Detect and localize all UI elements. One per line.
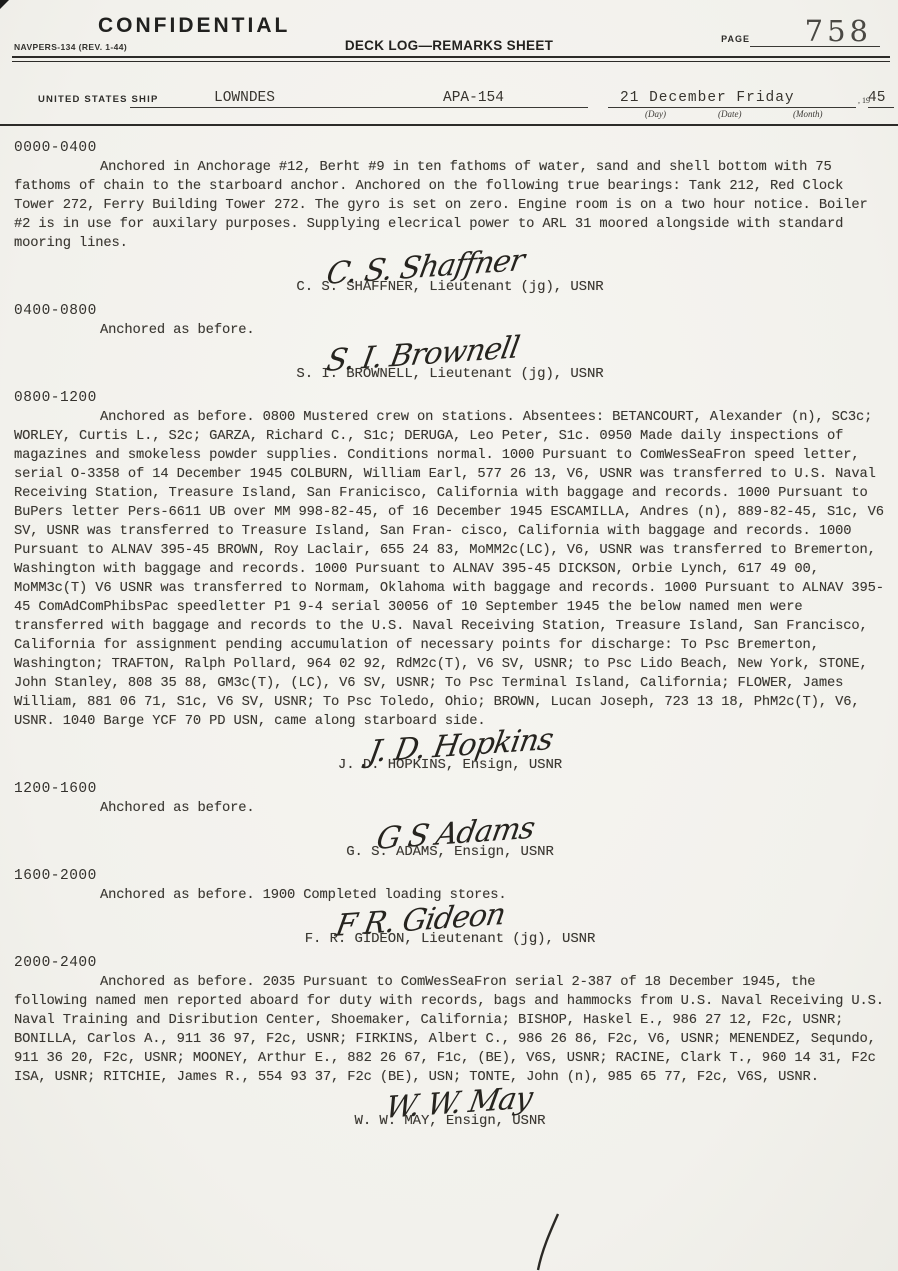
signature-block: J. D. Hopkins J. D. HOPKINS, Ensign, USN… [338,733,562,773]
header-double-rule [12,56,890,62]
time-range-heading: 1600-2000 [14,868,886,884]
day-label: (Day) [645,109,666,119]
date-label: (Date) [718,109,742,119]
pen-stroke [520,1212,580,1271]
hull-number: APA-154 [443,90,504,107]
signature-block: C. S. Shaffner C. S. SHAFFNER, Lieutenan… [296,255,603,295]
classification-stamp: CONFIDENTIAL [98,14,290,38]
signature-block: W. W. May W. W. MAY, Ensign, USNR [355,1089,546,1129]
log-entries: 0000-0400 Anchored in Anchorage #12, Ber… [14,132,886,1133]
header-heavy-rule [0,124,898,126]
entry-text: Anchored as before. 0800 Mustered crew o… [14,408,886,731]
document-title: DECK LOG—REMARKS SHEET [0,38,898,53]
ship-and-date-row: UNITED STATES SHIP LOWNDES APA-154 21 De… [0,86,898,110]
year-value: 45 [868,90,885,107]
log-entry: 2000-2400 Anchored as before. 2035 Pursu… [14,955,886,1129]
signature-block: S. I. Brownell S. I. BROWNELL, Lieutenan… [296,342,603,382]
log-entry: 1200-1600 Ahchored as before. G S Adams … [14,781,886,860]
scan-corner-mark [0,0,9,9]
entry-text: Anchored in Anchorage #12, Berht #9 in t… [14,158,886,253]
entry-text: Anchored as before. 2035 Pursuant to Com… [14,973,886,1087]
date-line: 21 December Friday [608,86,856,108]
signature-block: F R. Gideon F. R. GIDEON, Lieutenant (jg… [305,907,596,947]
entry-text: Ahchored as before. [14,799,886,818]
time-range-heading: 1200-1600 [14,781,886,797]
ship-name: LOWNDES [214,90,275,107]
month-label: (Month) [793,109,823,119]
log-entry: 0800-1200 Anchored as before. 0800 Muste… [14,390,886,773]
log-entry: 1600-2000 Anchored as before. 1900 Compl… [14,868,886,947]
signature-block: G S Adams G. S. ADAMS, Ensign, USNR [346,820,554,860]
time-range-heading: 0400-0800 [14,303,886,319]
year-line: 45 [868,86,894,108]
time-range-heading: 0800-1200 [14,390,886,406]
time-range-heading: 2000-2400 [14,955,886,971]
ship-name-line: LOWNDES APA-154 [130,86,588,108]
deck-log-page: { "header": { "classification": "CONFIDE… [0,0,898,1271]
date-value: 21 December Friday [620,90,795,107]
log-entry: 0400-0800 Anchored as before. S. I. Brow… [14,303,886,382]
time-range-heading: 0000-0400 [14,140,886,156]
log-entry: 0000-0400 Anchored in Anchorage #12, Ber… [14,140,886,295]
